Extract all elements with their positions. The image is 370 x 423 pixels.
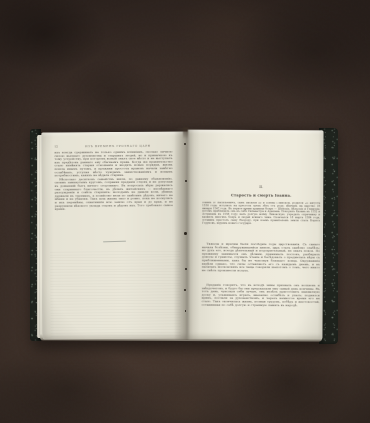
photo-vignette	[0, 0, 370, 423]
book-photo-scene: 12 ИЗЪ ВРЕМЕНЪ ГРОЗНАГО ЦАРЯ ихъ всегда …	[0, 0, 370, 423]
